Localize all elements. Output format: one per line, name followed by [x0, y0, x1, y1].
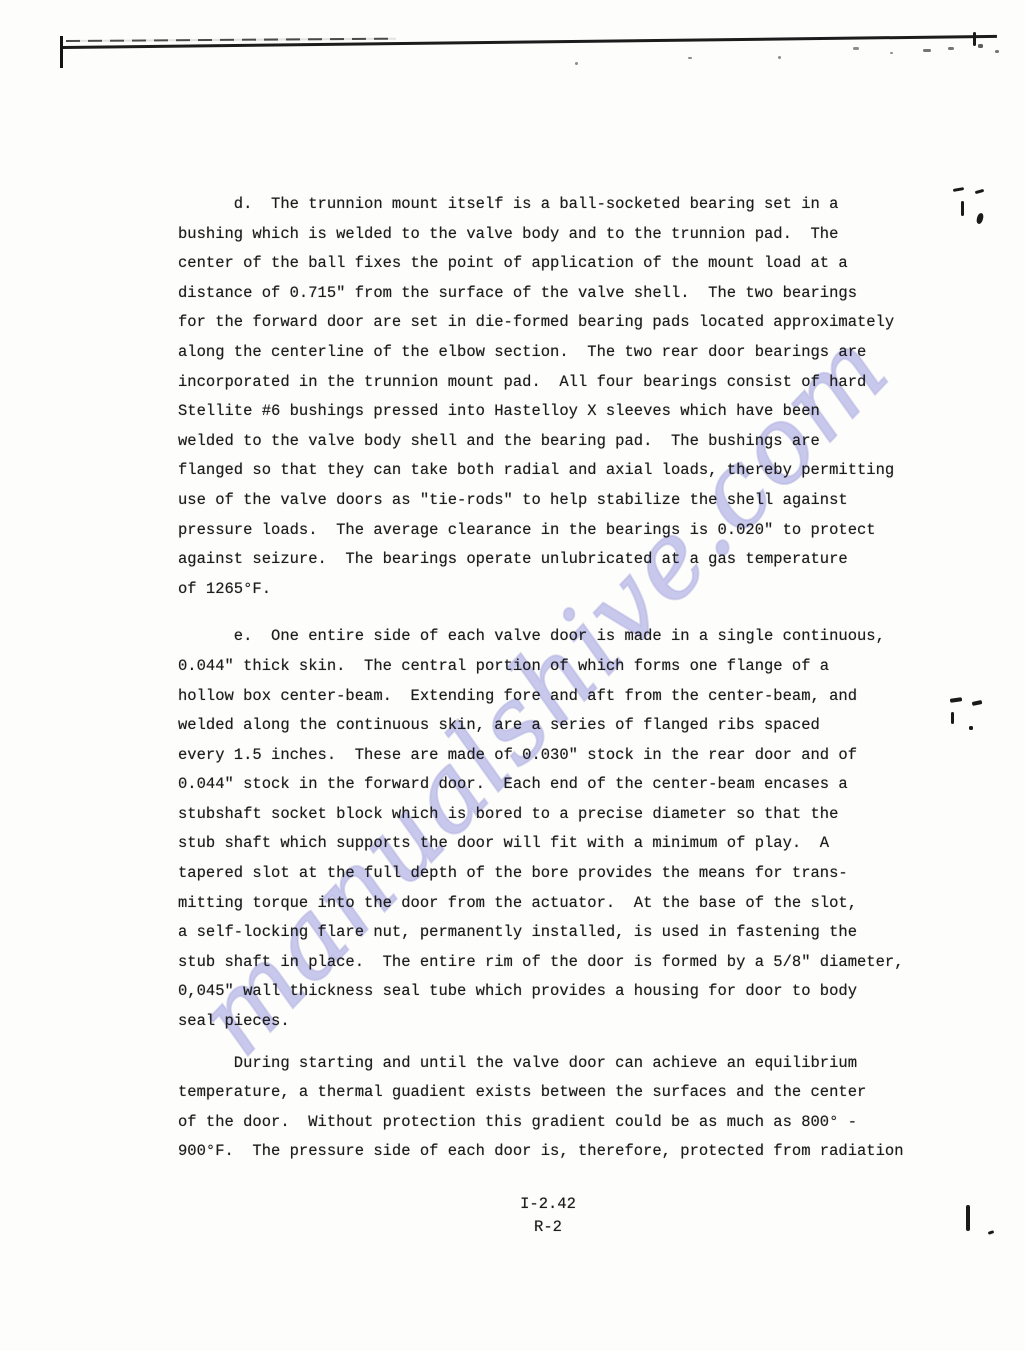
page-number: I-2.42: [178, 1193, 918, 1216]
text-line: 0.044" thick skin. The central portion o…: [178, 652, 958, 682]
text-line: 900°F. The pressure side of each door is…: [178, 1137, 958, 1167]
ink-speck: [688, 57, 692, 59]
text-line: Stellite #6 bushings pressed into Hastel…: [178, 397, 958, 427]
ink-speck: [995, 50, 999, 53]
top-rule-secondary: [66, 38, 396, 42]
text-line: for the forward door are set in die-form…: [178, 308, 958, 338]
ink-speck: [961, 201, 964, 216]
text-line: During starting and until the valve door…: [178, 1049, 958, 1079]
text-line: stubshaft socket block which is bored to…: [178, 800, 958, 830]
text-line: along the centerline of the elbow sectio…: [178, 338, 958, 368]
ink-speck: [948, 47, 954, 50]
ink-speck: [923, 49, 931, 52]
text-line: e. One entire side of each valve door is…: [178, 622, 958, 652]
ink-speck: [890, 52, 893, 54]
left-margin-tick: [60, 36, 63, 68]
text-line: mitting torque into the door from the ac…: [178, 889, 958, 919]
ink-speck: [951, 712, 954, 724]
ink-speck: [953, 187, 964, 192]
ink-speck: [972, 700, 983, 706]
ink-speck: [969, 726, 973, 730]
text-line: distance of 0.715" from the surface of t…: [178, 279, 958, 309]
ink-speck: [778, 56, 781, 59]
scanned-page: manualshive.com d. The trunnion mount it…: [0, 0, 1025, 1351]
revision-number: R-2: [178, 1216, 918, 1239]
text-line: a self-locking flare nut, permanently in…: [178, 918, 958, 948]
ink-speck: [966, 1205, 970, 1231]
text-line: temperature, a thermal guadient exists b…: [178, 1078, 958, 1108]
text-line: flanged so that they can take both radia…: [178, 456, 958, 486]
text-line: 0,045" wall thickness seal tube which pr…: [178, 977, 958, 1007]
document-body: d. The trunnion mount itself is a ball-s…: [178, 190, 958, 1185]
text-line: against seizure. The bearings operate un…: [178, 545, 958, 575]
text-line: d. The trunnion mount itself is a ball-s…: [178, 190, 958, 220]
text-line: welded to the valve body shell and the b…: [178, 427, 958, 457]
text-line: use of the valve doors as "tie-rods" to …: [178, 486, 958, 516]
text-line: welded along the continuous skin, are a …: [178, 711, 958, 741]
paragraph-e: e. One entire side of each valve door is…: [178, 622, 958, 1036]
text-line: incorporated in the trunnion mount pad. …: [178, 368, 958, 398]
text-line: stub shaft in place. The entire rim of t…: [178, 948, 958, 978]
ink-speck: [976, 212, 985, 224]
text-line: bushing which is welded to the valve bod…: [178, 220, 958, 250]
page-footer: I-2.42 R-2: [178, 1193, 918, 1239]
ink-speck: [973, 32, 976, 46]
ink-speck: [988, 1230, 995, 1235]
ink-speck: [853, 47, 859, 50]
ink-speck: [975, 189, 984, 194]
text-line: pressure loads. The average clearance in…: [178, 516, 958, 546]
text-line: tapered slot at the full depth of the bo…: [178, 859, 958, 889]
text-line: every 1.5 inches. These are made of 0.03…: [178, 741, 958, 771]
text-line: 0.044" stock in the forward door. Each e…: [178, 770, 958, 800]
paragraph-thermal: During starting and until the valve door…: [178, 1049, 958, 1167]
text-line: of 1265°F.: [178, 575, 958, 605]
ink-speck: [978, 44, 983, 48]
text-line: center of the ball fixes the point of ap…: [178, 249, 958, 279]
text-line: hollow box center-beam. Extending fore a…: [178, 682, 958, 712]
ink-speck: [575, 62, 578, 65]
text-line: stub shaft which supports the door will …: [178, 829, 958, 859]
paragraph-d: d. The trunnion mount itself is a ball-s…: [178, 190, 958, 604]
text-line: seal pieces.: [178, 1007, 958, 1037]
text-line: of the door. Without protection this gra…: [178, 1108, 958, 1138]
